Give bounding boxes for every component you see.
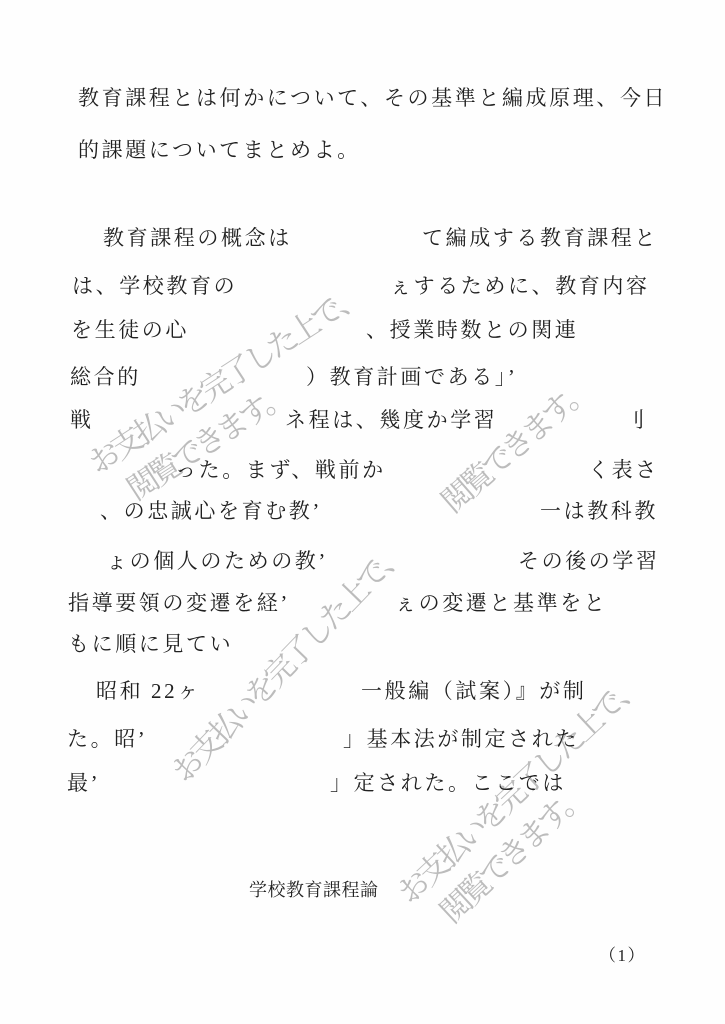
- text-segment: 、授業時数との関連: [366, 320, 578, 341]
- document-text-layer: 教育課程とは何かについて、その基準と編成原理、今日的課題についてまとめよ。教育課…: [0, 0, 725, 1024]
- text-segment: ぇの変遷と基準をと: [395, 593, 607, 614]
- text-segment: 刂: [624, 410, 648, 431]
- text-segment: ぇするために、教育内容: [390, 276, 650, 297]
- document-page: お支払いを完了した上で、閲覧できます。閲覧できます。お支払いを完了した上で、お支…: [0, 0, 725, 1024]
- text-line: 教育課程とは何かについて、その基準と編成原理、今日: [0, 88, 725, 120]
- text-segment: 教育課程の概念は: [103, 228, 292, 249]
- text-line: 的課題についてまとめよ。: [0, 140, 725, 172]
- text-segment: その後の学習: [518, 551, 660, 572]
- text-segment: ネ程は、幾度か学習: [285, 410, 497, 431]
- text-line: った。まず、戦前かく表さ: [0, 460, 725, 492]
- text-segment: ょの個人のための教’: [106, 551, 328, 572]
- text-segment: て編成する教育課程と: [422, 228, 658, 249]
- text-line: を生徒の心、授業時数との関連: [0, 320, 725, 352]
- text-line: 指導要領の変遷を経’ぇの変遷と基準をと: [0, 593, 725, 625]
- text-segment: もに順に見てい: [68, 634, 233, 655]
- text-segment: 指導要領の変遷を経’: [68, 593, 290, 614]
- text-line: 教育課程の概念はて編成する教育課程と: [0, 228, 725, 260]
- text-line: ょの個人のための教’その後の学習: [0, 551, 725, 583]
- text-line: た。昭’」基本法が制定された: [0, 729, 725, 761]
- text-segment: を生徒の心: [71, 320, 189, 341]
- text-segment: 、の忠誠心を育む教’: [100, 501, 322, 522]
- text-line: 最’」定された。ここでは: [0, 773, 725, 805]
- text-line: 昭和 22ヶ一般編（試案）』が制: [0, 681, 725, 713]
- text-segment: 教育課程とは何かについて、その基準と編成原理、今日: [78, 88, 667, 109]
- text-line: 、の忠誠心を育む教’一は教科教: [0, 501, 725, 533]
- text-line: もに順に見てい: [0, 634, 725, 666]
- text-segment: 一は教科教: [540, 501, 658, 522]
- text-segment: は、学校教育の: [72, 276, 237, 297]
- text-segment: ）教育計画である」’: [306, 367, 518, 388]
- text-line: は、学校教育のぇするために、教育内容: [0, 276, 725, 308]
- text-segment: 総合的: [70, 367, 141, 388]
- text-segment: 一般編（試案）』が制: [361, 681, 587, 702]
- text-segment: 」基本法が制定された: [343, 729, 579, 750]
- text-segment: く表さ: [588, 460, 659, 481]
- text-line: 戦ネ程は、幾度か学習刂: [0, 410, 725, 442]
- text-segment: 的課題についてまとめよ。: [78, 140, 361, 161]
- text-segment: った。まず、戦前か: [175, 460, 386, 481]
- text-segment: た。昭’: [67, 729, 147, 750]
- text-segment: 最’: [67, 773, 100, 794]
- text-segment: 昭和 22ヶ: [96, 681, 201, 702]
- text-segment: 戦: [70, 410, 94, 431]
- text-line: 総合的）教育計画である」’: [0, 367, 725, 399]
- text-segment: 」定された。ここでは: [330, 773, 566, 794]
